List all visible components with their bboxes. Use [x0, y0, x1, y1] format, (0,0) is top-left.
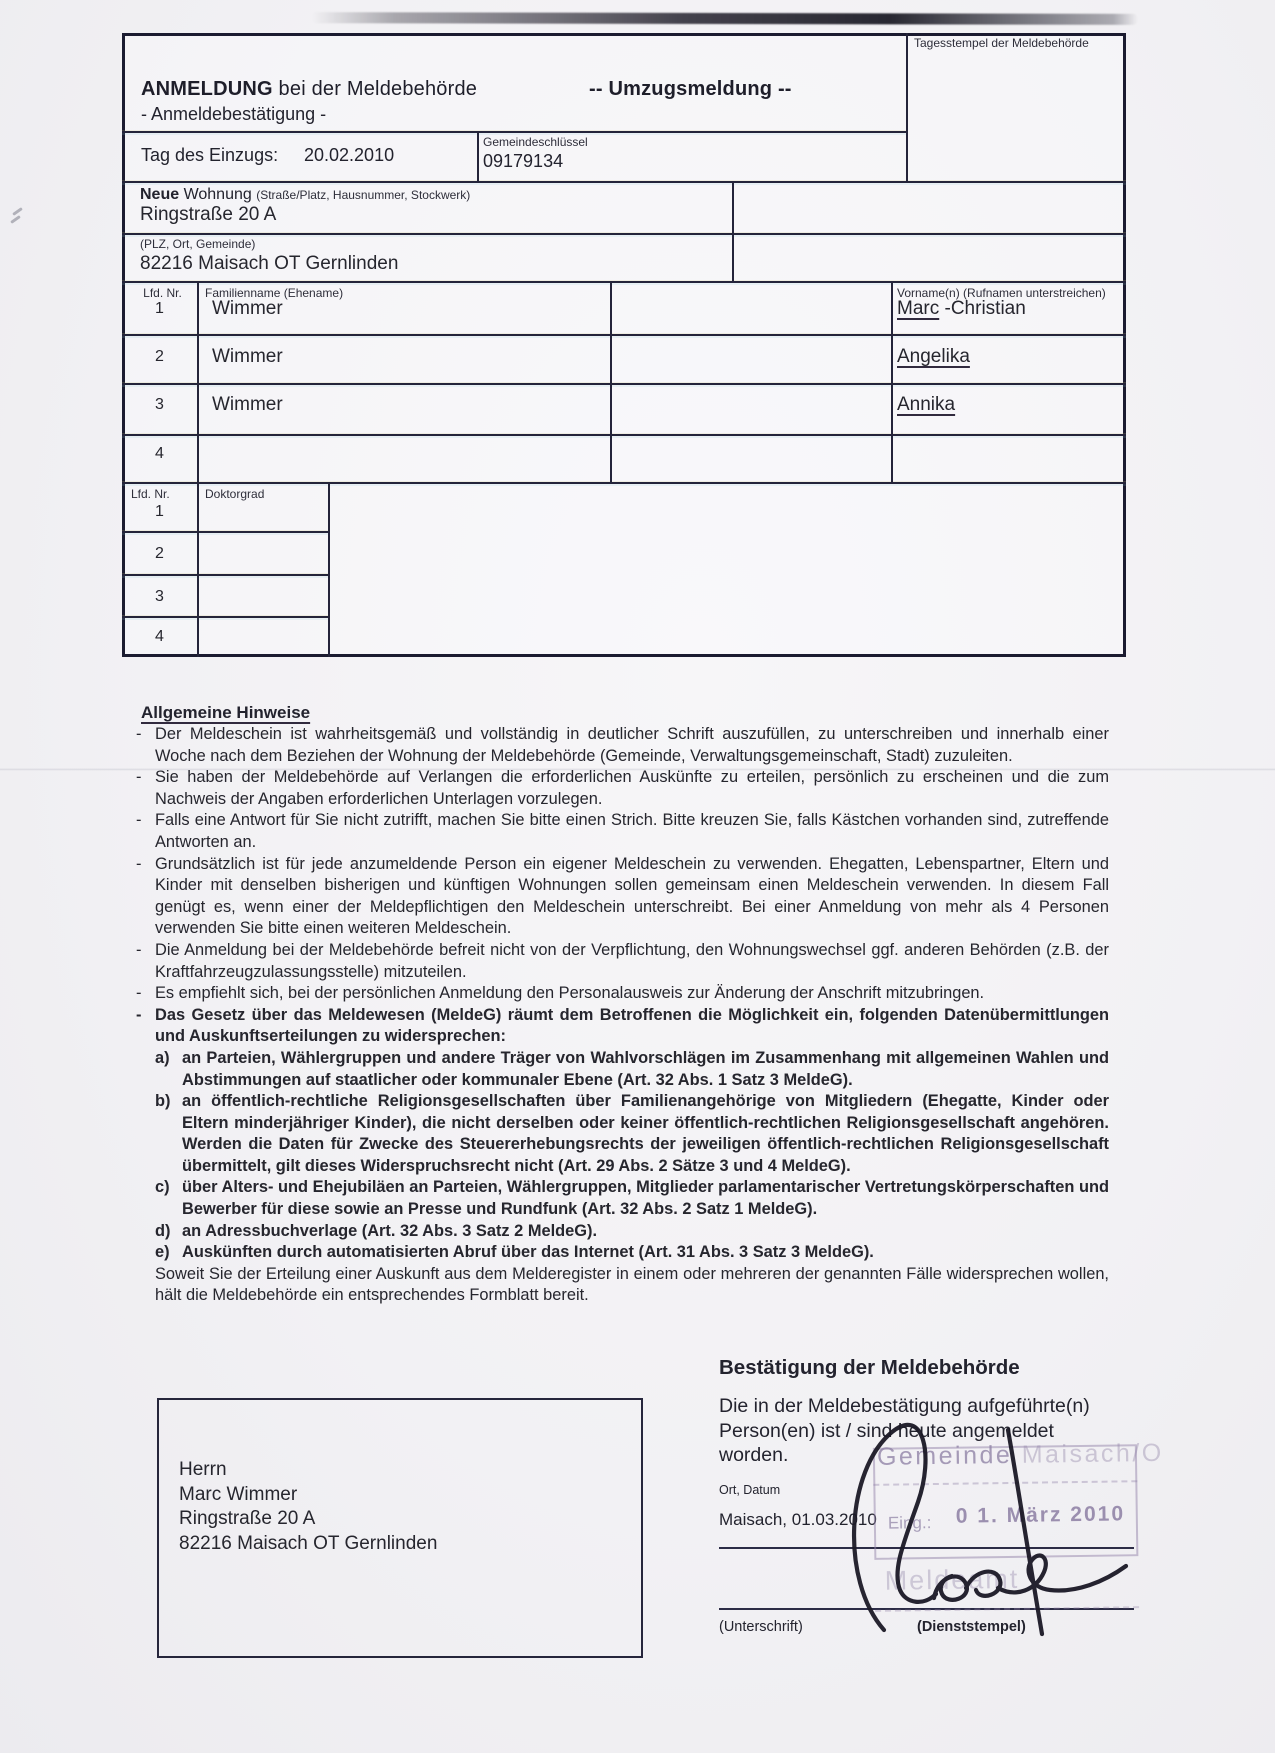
- divider: [122, 574, 328, 576]
- divider: [122, 334, 1126, 336]
- divider: [610, 281, 612, 482]
- vorname-underlined: Annika: [897, 394, 955, 415]
- address-line: Herrn: [179, 1458, 437, 1483]
- hinweis-lettered-item: a)an Parteien, Wählergruppen und andere …: [133, 1048, 1109, 1091]
- address-line: Ringstraße 20 A: [179, 1507, 437, 1532]
- divider: [906, 33, 908, 181]
- vorname-cell: Angelika: [897, 346, 970, 368]
- list-dash: -: [136, 854, 141, 876]
- list-dash: -: [136, 724, 141, 746]
- list-dash: -: [136, 983, 141, 1005]
- divider: [122, 131, 906, 133]
- pencil-mark: [10, 215, 21, 224]
- row-number: 4: [122, 628, 197, 646]
- familienname-cell: Wimmer: [212, 346, 283, 368]
- divider: [732, 181, 734, 281]
- list-letter: d): [155, 1221, 170, 1243]
- divider: [122, 434, 1126, 436]
- tagesstempel-label: Tagesstempel der Meldebehörde: [914, 36, 1089, 50]
- divider: [122, 482, 1126, 484]
- form-outer-box: [122, 33, 1126, 657]
- wohnung-label-bold: Neue: [140, 186, 179, 203]
- list-dash: -: [136, 767, 141, 789]
- divider: [122, 531, 328, 533]
- doktorgrad-lfd-header: Lfd. Nr.: [131, 487, 170, 501]
- wohnung-hint: (Straße/Platz, Hausnummer, Stockwerk): [256, 188, 470, 202]
- gemeindeschluessel-label: Gemeindeschlüssel: [483, 135, 588, 149]
- gemeindeschluessel-value: 09179134: [483, 151, 563, 172]
- list-letter: a): [155, 1048, 170, 1070]
- scan-smudge-artifact: [312, 12, 1138, 25]
- row-number: 3: [122, 396, 197, 414]
- hinweise-closing: Soweit Sie der Erteilung einer Auskunft …: [133, 1264, 1109, 1307]
- list-dash: -: [136, 810, 141, 832]
- row-number: 2: [122, 348, 197, 366]
- form-title: ANMELDUNG bei der Meldebehörde: [141, 78, 477, 101]
- list-letter: c): [155, 1177, 170, 1199]
- einzug-label: Tag des Einzugs:: [141, 145, 278, 166]
- divider: [122, 181, 1126, 183]
- row-number: 1: [122, 503, 197, 521]
- address-window-box: Herrn Marc Wimmer Ringstraße 20 A 82216 …: [157, 1398, 643, 1658]
- hinweis-item: -Es empfiehlt sich, bei der persönlichen…: [133, 983, 1109, 1005]
- hinweis-lettered-item: c)über Alters- und Ehejubiläen an Partei…: [133, 1177, 1109, 1220]
- familienname-cell: Wimmer: [212, 298, 283, 320]
- bestaetigung-title: Bestätigung der Meldebehörde: [719, 1356, 1020, 1380]
- plz-value: 82216 Maisach OT Gernlinden: [140, 253, 398, 275]
- scanned-registration-form: Tagesstempel der Meldebehörde ANMELDUNG …: [0, 0, 1275, 1753]
- hinweis-lettered-item: b)an öffentlich-rechtliche Religionsgese…: [133, 1091, 1109, 1177]
- divider: [891, 281, 893, 482]
- divider: [197, 281, 199, 657]
- doktorgrad-header: Doktorgrad: [205, 487, 264, 501]
- list-dash: -: [136, 1005, 141, 1027]
- hinweis-item: -Falls eine Antwort für Sie nicht zutrif…: [133, 810, 1109, 853]
- address-line: Marc Wimmer: [179, 1483, 437, 1508]
- row-number: 4: [122, 445, 197, 463]
- divider: [328, 482, 330, 657]
- address-line: 82216 Maisach OT Gernlinden: [179, 1532, 437, 1557]
- row-number: 2: [122, 545, 197, 563]
- einzug-value: 20.02.2010: [304, 145, 394, 166]
- divider: [122, 233, 1126, 235]
- pencil-mark: [12, 207, 23, 216]
- hinweis-item: -Der Meldeschein ist wahrheitsgemäß und …: [133, 724, 1109, 767]
- handwritten-signature: [818, 1412, 1138, 1647]
- vorname-rest: -Christian: [939, 298, 1026, 319]
- vorname-underlined: Marc: [897, 298, 939, 319]
- hinweis-item: -Sie haben der Meldebehörde auf Verlange…: [133, 767, 1109, 810]
- names-lfd-header: Lfd. Nr.: [128, 286, 197, 300]
- divider: [122, 383, 1126, 385]
- hinweis-lettered-item: d)an Adressbuchverlage (Art. 32 Abs. 3 S…: [133, 1221, 1109, 1243]
- row-number: 3: [122, 588, 197, 606]
- hinweis-item: -Die Anmeldung bei der Meldebehörde befr…: [133, 940, 1109, 983]
- ort-datum-label: Ort, Datum: [719, 1483, 780, 1497]
- unterschrift-label: (Unterschrift): [719, 1619, 803, 1635]
- plz-hint: (PLZ, Ort, Gemeinde): [140, 237, 255, 251]
- vorname-cell: Marc -Christian: [897, 298, 1026, 320]
- wohnung-label: Neue Wohnung (Straße/Platz, Hausnummer, …: [140, 186, 470, 204]
- hinweis-item: -Grundsätzlich ist für jede anzumeldende…: [133, 854, 1109, 940]
- postal-address: Herrn Marc Wimmer Ringstraße 20 A 82216 …: [179, 1458, 437, 1556]
- hinweise-title: Allgemeine Hinweise: [141, 703, 310, 723]
- divider: [477, 131, 479, 181]
- divider: [122, 281, 1126, 283]
- list-letter: e): [155, 1242, 170, 1264]
- hinweis-item: -Das Gesetz über das Meldewesen (MeldeG)…: [133, 1005, 1109, 1048]
- anmeldebestaetigung-label: - Anmeldebestätigung -: [141, 104, 326, 125]
- hinweis-lettered-item: e)Auskünften durch automatisierten Abruf…: [133, 1242, 1109, 1264]
- vorname-underlined: Angelika: [897, 346, 970, 367]
- wohnung-label-rest: Wohnung: [179, 186, 256, 203]
- list-dash: -: [136, 940, 141, 962]
- list-letter: b): [155, 1091, 170, 1113]
- form-title-rest: bei der Meldebehörde: [273, 78, 477, 100]
- row-number: 1: [122, 300, 197, 318]
- vorname-cell: Annika: [897, 394, 955, 416]
- familienname-cell: Wimmer: [212, 394, 283, 416]
- divider: [122, 616, 328, 618]
- wohnung-value: Ringstraße 20 A: [140, 204, 276, 226]
- umzugsmeldung-label: -- Umzugsmeldung --: [589, 78, 792, 101]
- form-title-bold: ANMELDUNG: [141, 78, 273, 100]
- hinweise-list: -Der Meldeschein ist wahrheitsgemäß und …: [133, 724, 1109, 1307]
